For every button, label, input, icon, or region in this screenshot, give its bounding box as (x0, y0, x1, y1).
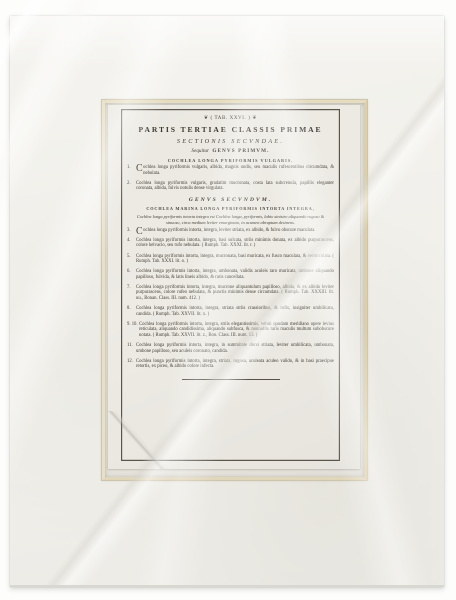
genus1-item-list: 1. Cochlea longa pyriformis vulgaris, al… (127, 165, 334, 192)
sequitur-word: Sequitur (191, 148, 209, 154)
item-number: 12. (127, 359, 133, 365)
item-number: 3. (127, 228, 131, 234)
item-text: Cochlea longa pyriformis intorta, integr… (136, 254, 334, 265)
catalog-item: 7. Cochlea longa pyriformis intorta, int… (127, 285, 334, 302)
catalog-item: 3. Cochlea longa pyriformis intorta, int… (127, 228, 334, 234)
catalog-item: 6. Cochlea longa pyriformis intorta, int… (127, 269, 334, 280)
genus2-item-list: 3. Cochlea longa pyriformis intorta, int… (127, 228, 334, 370)
tab-number: ( TAB. XXVI. ) (211, 116, 251, 121)
closing-rule (182, 379, 280, 380)
item-text: Cochlea longa pyriformis intorta, integr… (136, 343, 334, 354)
item-number: 8. (127, 306, 131, 312)
genus1-heading: COCHLEA LONGA PYRIFORMIS VULGARIS. (127, 158, 334, 163)
catalog-item: 5. Cochlea longa pyriformis intorta, int… (127, 254, 334, 265)
catalog-item: 12. Cochlea longa pyriformis intorta, in… (127, 359, 334, 370)
genus2-title: GENVS SECVNDVM. (127, 197, 334, 203)
item-text: Cochlea longa pyriformis vulgaris, albid… (136, 165, 334, 176)
item-text: Cochlea longa pyriformis vulgaris, grada… (136, 181, 334, 192)
fleuron-icon: ❦ (204, 116, 209, 121)
page-sheet: ❦ ( TAB. XXVI. ) ❦ PARTIS TERTIAE CLASSI… (108, 105, 360, 469)
catalog-item: 1. Cochlea longa pyriformis vulgaris, al… (127, 165, 334, 176)
item-text: Cochlea longa pyriformis intorta, integr… (136, 228, 334, 234)
mat-board: ❦ ( TAB. XXVI. ) ❦ PARTIS TERTIAE CLASSI… (10, 16, 444, 587)
page-header-line: ❦ ( TAB. XXVI. ) ❦ (127, 115, 334, 121)
item-number: 4. (127, 238, 131, 244)
item-number: 5. (127, 254, 131, 260)
item-number: 11. (127, 343, 133, 349)
catalog-item: 2. Cochlea longa pyriformis vulgaris, gr… (127, 181, 334, 192)
item-number: 9. 10. (127, 322, 138, 328)
fleuron-icon: ❦ (252, 116, 257, 121)
sequitur-line: Sequitur GENVS PRIMVM. (127, 148, 334, 154)
page-title: PARTIS TERTIAE CLASSIS PRIMAE (127, 125, 334, 134)
plate-border: ❦ ( TAB. XXVI. ) ❦ PARTIS TERTIAE CLASSI… (121, 109, 340, 461)
catalog-item: 9. 10. Cochlea longa pyriformis intorta,… (127, 322, 334, 339)
item-number: 1. (127, 165, 131, 171)
item-text: Cochlea longa pyriformis intorta, integr… (139, 322, 334, 339)
catalog-item: 11. Cochlea longa pyriformis intorta, in… (127, 343, 334, 354)
item-number: 2. (127, 181, 131, 187)
item-text: Cochlea longa pyriformis intorta, integr… (136, 238, 334, 249)
catalog-item: 8. Cochlea longa pyriformis intorta, int… (127, 306, 334, 317)
section-subtitle: SECTIONIS SECVNDAE. (127, 138, 334, 145)
item-text: Cochlea longa pyriformis intorta, integr… (136, 285, 334, 302)
photo-background: { "colors":{ "background":"#fdfdfc", "ma… (0, 0, 456, 600)
item-number: 7. (127, 285, 131, 291)
genus2-subtitle: COCHLEA MARINA LONGA PYRIFORMIS INTORTA … (127, 206, 334, 211)
item-text: Cochlea longa pyriformis intorta, integr… (136, 359, 334, 370)
item-number: 6. (127, 269, 131, 275)
catalog-item: 4. Cochlea longa pyriformis intorta, int… (127, 238, 334, 249)
genus-primum-label: GENVS PRIMVM. (212, 148, 269, 154)
mat-window: ❦ ( TAB. XXVI. ) ❦ PARTIS TERTIAE CLASSI… (102, 100, 367, 480)
item-text: Cochlea longa pyriformis intorta, integr… (136, 269, 334, 280)
genus2-definition: Cochlea longa pyriformis intorta integra… (134, 214, 327, 225)
item-text: Cochlea longa pyriformis intorta, integr… (136, 306, 334, 317)
page-content: ❦ ( TAB. XXVI. ) ❦ PARTIS TERTIAE CLASSI… (122, 110, 339, 460)
